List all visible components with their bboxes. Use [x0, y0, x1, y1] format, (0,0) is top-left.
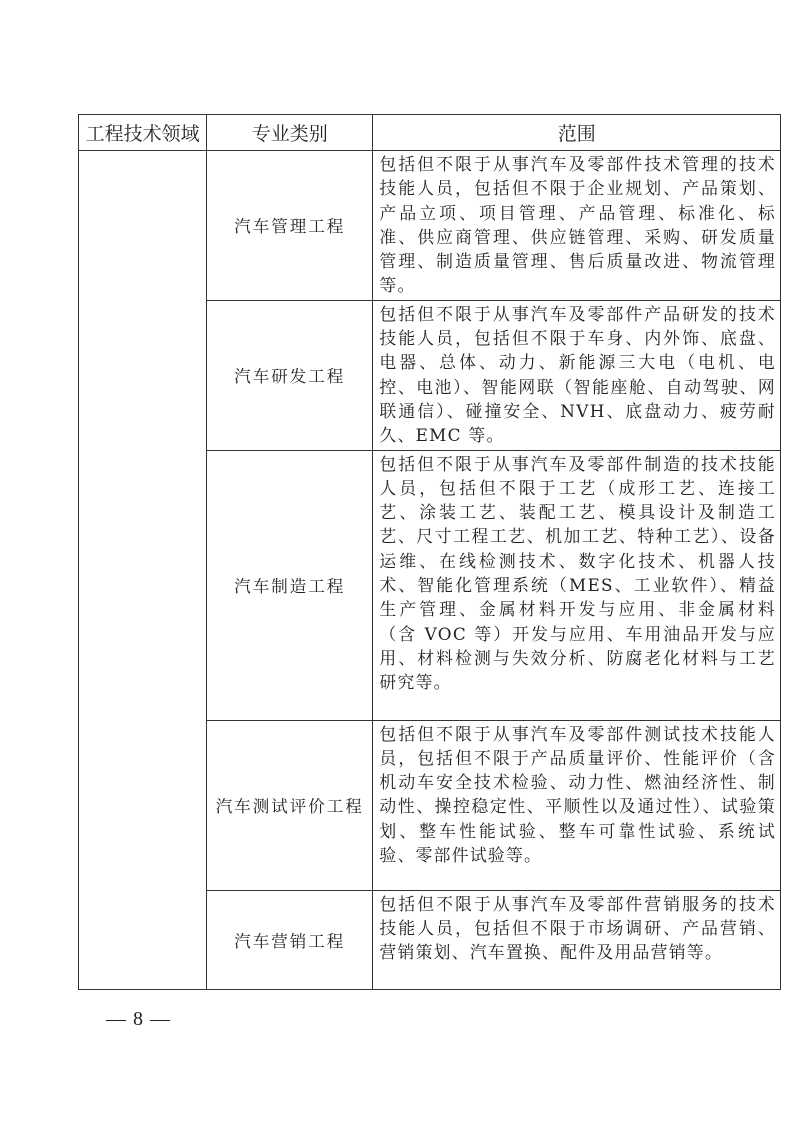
page-number: — 8 —	[106, 1008, 171, 1031]
scope-cell: 包括但不限于从事汽车及零部件测试技术技能人员，包括但不限于产品质量评价、性能评价…	[373, 720, 781, 890]
scope-cell: 包括但不限于从事汽车及零部件制造的技术技能人员，包括但不限于工艺（成形工艺、连接…	[373, 450, 781, 720]
header-scope: 范围	[373, 115, 781, 151]
table-header-row: 工程技术领域 专业类别 范围	[79, 115, 781, 151]
table-row: 汽车管理工程 包括但不限于从事汽车及零部件技术管理的技术技能人员，包括但不限于企…	[79, 151, 781, 301]
field-cell	[79, 151, 207, 990]
category-cell: 汽车研发工程	[207, 300, 373, 450]
scope-cell: 包括但不限于从事汽车及零部件产品研发的技术技能人员，包括但不限于车身、内外饰、底…	[373, 300, 781, 450]
header-category: 专业类别	[207, 115, 373, 151]
category-cell: 汽车营销工程	[207, 890, 373, 989]
category-cell: 汽车管理工程	[207, 151, 373, 301]
category-cell: 汽车测试评价工程	[207, 720, 373, 890]
scope-cell: 包括但不限于从事汽车及零部件技术管理的技术技能人员，包括但不限于企业规划、产品策…	[373, 151, 781, 301]
scope-cell: 包括但不限于从事汽车及零部件营销服务的技术技能人员，包括但不限于市场调研、产品营…	[373, 890, 781, 989]
header-field: 工程技术领域	[79, 115, 207, 151]
category-cell: 汽车制造工程	[207, 450, 373, 720]
scope-table: 工程技术领域 专业类别 范围 汽车管理工程 包括但不限于从事汽车及零部件技术管理…	[78, 114, 781, 990]
